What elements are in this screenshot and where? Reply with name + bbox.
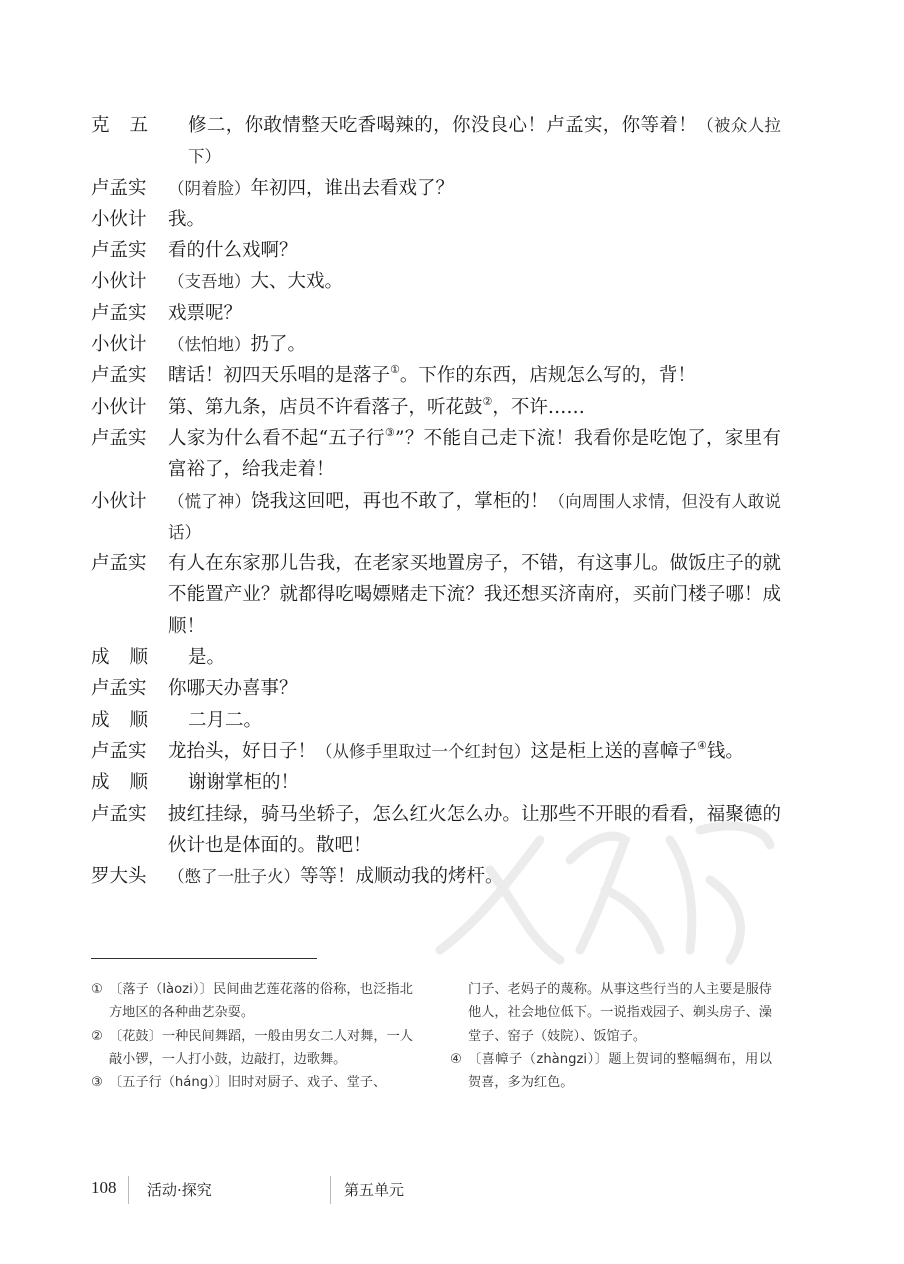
dialogue-line: 卢孟实你哪天办喜事？ xyxy=(91,673,781,704)
speech-text: 二月二。 xyxy=(188,705,781,736)
speech-text: 看的什么戏啊？ xyxy=(168,235,781,266)
dialogue-line: 卢孟实人家为什么看不起“五子行③”？不能自己走下流！我看你是吃饱了，家里有富裕了… xyxy=(91,423,781,486)
footnote-text: 〔五子行（háng）〕旧时对厨子、戏子、堂子、 xyxy=(109,1071,413,1094)
speaker-name: 小伙计 xyxy=(91,204,168,235)
spoken-line: 钱。 xyxy=(707,741,744,762)
speaker-name: 小伙计 xyxy=(91,266,168,297)
speaker-name: 卢孟实 xyxy=(91,736,168,767)
speaker-name: 卢孟实 xyxy=(91,298,168,329)
spoken-line: 人家为什么看不起“五子行 xyxy=(168,428,385,449)
footnote-marker[interactable]: ② xyxy=(483,395,493,408)
footnotes-right-column: 门子、老妈子的蔑称。从事这些行当的人主要是服侍他人，社会地位低下。一说指戏园子、… xyxy=(450,978,772,1094)
speaker-name: 成顺 xyxy=(91,767,168,798)
dialogue-line: 成顺二月二。 xyxy=(91,705,781,736)
footnote-number: ③ xyxy=(91,1071,109,1094)
dialogue-line: 卢孟实瞎话！初四天乐唱的是落子①。下作的东西，店规怎么写的，背！ xyxy=(91,360,781,391)
speech-text: 第、第九条，店员不许看落子，听花鼓②，不许…… xyxy=(168,392,781,423)
spoken-line: 我。 xyxy=(168,209,205,230)
stage-direction: （从修手里取过一个红封包） xyxy=(316,742,531,761)
speaker-name: 卢孟实 xyxy=(91,173,168,204)
dialogue-line: 小伙计第、第九条，店员不许看落子，听花鼓②，不许…… xyxy=(91,392,781,423)
page-footer: 108 活动·探究 第五单元 xyxy=(91,1176,791,1206)
dialogue-line: 小伙计（怯怕地）扔了。 xyxy=(91,329,781,360)
spoken-line: 扔了。 xyxy=(251,334,307,355)
speech-text: 瞎话！初四天乐唱的是落子①。下作的东西，店规怎么写的，背！ xyxy=(168,360,781,391)
stage-direction: （支吾地） xyxy=(168,272,251,291)
footnotes-left-column: ①〔落子（làozi）〕民间曲艺莲花落的俗称，也泛指北方地区的各种曲艺杂耍。②〔… xyxy=(91,978,413,1094)
speaker-name: 卢孟实 xyxy=(91,360,168,391)
footnote: ②〔花鼓〕一种民间舞蹈，一般由男女二人对舞，一人敲小锣，一人打小鼓，边敲打，边歌… xyxy=(91,1025,413,1072)
play-script: 克五修二，你敢情整天吃香喝辣的，你没良心！卢孟实，你等着！（被众人拉下）卢孟实（… xyxy=(91,110,781,892)
speaker-name: 卢孟实 xyxy=(91,673,168,704)
dialogue-line: 成顺谢谢掌柜的！ xyxy=(91,767,781,798)
speech-text: 人家为什么看不起“五子行③”？不能自己走下流！我看你是吃饱了，家里有富裕了，给我… xyxy=(168,423,781,486)
speech-text: 谢谢掌柜的！ xyxy=(188,767,781,798)
speech-text: 龙抬头，好日子！（从修手里取过一个红封包）这是柜上送的喜幛子④钱。 xyxy=(168,736,781,767)
speaker-name: 小伙计 xyxy=(91,392,168,423)
speech-text: 你哪天办喜事？ xyxy=(168,673,781,704)
footnote-number: ① xyxy=(91,978,109,1025)
footer-unit-title: 第五单元 xyxy=(344,1179,404,1200)
dialogue-line: 小伙计我。 xyxy=(91,204,781,235)
speech-text: 戏票呢？ xyxy=(168,298,781,329)
footnote-text: 门子、老妈子的蔑称。从事这些行当的人主要是服侍他人，社会地位低下。一说指戏园子、… xyxy=(468,978,772,1048)
dialogue-line: 卢孟实有人在东家那儿告我，在老家买地置房子，不错，有这事儿。做饭庄子的就不能置产… xyxy=(91,548,781,642)
speech-text: （怯怕地）扔了。 xyxy=(168,329,781,360)
speaker-name: 成顺 xyxy=(91,705,168,736)
spoken-line: 瞎话！初四天乐唱的是落子 xyxy=(168,365,390,386)
stage-direction: （阴着脸） xyxy=(168,179,251,198)
footer-divider xyxy=(330,1176,331,1204)
footnote-number: ② xyxy=(91,1025,109,1072)
speech-text: 是。 xyxy=(188,642,781,673)
speech-text: 披红挂绿，骑马坐轿子，怎么红火怎么办。让那些不开眼的看看，福聚德的伙计也是体面的… xyxy=(168,799,781,862)
footnote-number: ④ xyxy=(450,1048,468,1095)
speech-text: 我。 xyxy=(168,204,781,235)
footnote-text: 〔落子（làozi）〕民间曲艺莲花落的俗称，也泛指北方地区的各种曲艺杂耍。 xyxy=(109,978,413,1025)
footnote: ④〔喜幛子（zhàngzi）〕题上贺词的整幅绸布，用以贺喜，多为红色。 xyxy=(450,1048,772,1095)
stage-direction: （怯怕地） xyxy=(168,335,251,354)
dialogue-line: 卢孟实披红挂绿，骑马坐轿子，怎么红火怎么办。让那些不开眼的看看，福聚德的伙计也是… xyxy=(91,799,781,862)
spoken-line: 二月二。 xyxy=(188,710,262,731)
spoken-line: 是。 xyxy=(188,647,225,668)
dialogue-line: 小伙计（支吾地）大、大戏。 xyxy=(91,266,781,297)
speaker-name: 卢孟实 xyxy=(91,235,168,266)
speech-text: （憋了一肚子火）等等！成顺动我的烤杆。 xyxy=(168,861,781,892)
footnote: 门子、老妈子的蔑称。从事这些行当的人主要是服侍他人，社会地位低下。一说指戏园子、… xyxy=(450,978,772,1048)
footer-divider xyxy=(128,1176,129,1204)
footnote-divider xyxy=(91,958,317,959)
spoken-line: ，不许…… xyxy=(492,397,585,418)
speaker-name: 小伙计 xyxy=(91,329,168,360)
spoken-line: 修二，你敢情整天吃香喝辣的，你没良心！卢孟实，你等着！ xyxy=(188,115,697,136)
footnote-text: 〔喜幛子（zhàngzi）〕题上贺词的整幅绸布，用以贺喜，多为红色。 xyxy=(468,1048,772,1095)
footnote-marker[interactable]: ③ xyxy=(385,426,395,439)
footer-section-title: 活动·探究 xyxy=(147,1179,212,1200)
speaker-name: 卢孟实 xyxy=(91,548,168,642)
dialogue-line: 卢孟实龙抬头，好日子！（从修手里取过一个红封包）这是柜上送的喜幛子④钱。 xyxy=(91,736,781,767)
footnote: ③〔五子行（háng）〕旧时对厨子、戏子、堂子、 xyxy=(91,1071,413,1094)
speaker-name: 卢孟实 xyxy=(91,799,168,862)
spoken-line: 饶我这回吧，再也不敢了，掌柜的！ xyxy=(251,491,549,512)
spoken-line: 这是柜上送的喜幛子 xyxy=(531,741,698,762)
speech-text: （阴着脸）年初四，谁出去看戏了？ xyxy=(168,173,781,204)
spoken-line: 等等！成顺动我的烤杆。 xyxy=(300,866,504,887)
page-number: 108 xyxy=(91,1178,117,1198)
footnote-marker[interactable]: ① xyxy=(390,363,400,376)
spoken-line: 有人在东家那儿告我，在老家买地置房子，不错，有这事儿。做饭庄子的就不能置产业？就… xyxy=(168,553,781,637)
speech-text: （慌了神）饶我这回吧，再也不敢了，掌柜的！（向周围人求情，但没有人敢说话） xyxy=(168,486,781,549)
dialogue-line: 成顺是。 xyxy=(91,642,781,673)
dialogue-line: 罗大头（憋了一肚子火）等等！成顺动我的烤杆。 xyxy=(91,861,781,892)
spoken-line: 谢谢掌柜的！ xyxy=(188,772,299,793)
dialogue-line: 克五修二，你敢情整天吃香喝辣的，你没良心！卢孟实，你等着！（被众人拉下） xyxy=(91,110,781,173)
stage-direction: （憋了一肚子火） xyxy=(168,867,300,886)
footnote-text: 〔花鼓〕一种民间舞蹈，一般由男女二人对舞，一人敲小锣，一人打小鼓，边敲打，边歌舞… xyxy=(109,1025,413,1072)
dialogue-line: 小伙计（慌了神）饶我这回吧，再也不敢了，掌柜的！（向周围人求情，但没有人敢说话） xyxy=(91,486,781,549)
speaker-name: 克五 xyxy=(91,110,168,173)
dialogue-line: 卢孟实看的什么戏啊？ xyxy=(91,235,781,266)
spoken-line: 看的什么戏啊？ xyxy=(168,240,298,261)
spoken-line: 你哪天办喜事？ xyxy=(168,678,298,699)
spoken-line: 戏票呢？ xyxy=(168,303,242,324)
spoken-line: 第、第九条，店员不许看落子，听花鼓 xyxy=(168,397,483,418)
footnote: ①〔落子（làozi）〕民间曲艺莲花落的俗称，也泛指北方地区的各种曲艺杂耍。 xyxy=(91,978,413,1025)
spoken-line: 大、大戏。 xyxy=(251,271,344,292)
footnote-marker[interactable]: ④ xyxy=(697,739,707,752)
speaker-name: 小伙计 xyxy=(91,486,168,549)
dialogue-line: 卢孟实戏票呢？ xyxy=(91,298,781,329)
spoken-line: 。下作的东西，店规怎么写的，背！ xyxy=(400,365,696,386)
speaker-name: 罗大头 xyxy=(91,861,168,892)
stage-direction: （慌了神） xyxy=(168,492,251,511)
speech-text: 有人在东家那儿告我，在老家买地置房子，不错，有这事儿。做饭庄子的就不能置产业？就… xyxy=(168,548,781,642)
speaker-name: 卢孟实 xyxy=(91,423,168,486)
spoken-line: 披红挂绿，骑马坐轿子，怎么红火怎么办。让那些不开眼的看看，福聚德的伙计也是体面的… xyxy=(168,804,781,856)
speech-text: （支吾地）大、大戏。 xyxy=(168,266,781,297)
spoken-line: 年初四，谁出去看戏了？ xyxy=(251,178,455,199)
speech-text: 修二，你敢情整天吃香喝辣的，你没良心！卢孟实，你等着！（被众人拉下） xyxy=(188,110,781,173)
dialogue-line: 卢孟实（阴着脸）年初四，谁出去看戏了？ xyxy=(91,173,781,204)
spoken-line: 龙抬头，好日子！ xyxy=(168,741,316,762)
speaker-name: 成顺 xyxy=(91,642,168,673)
